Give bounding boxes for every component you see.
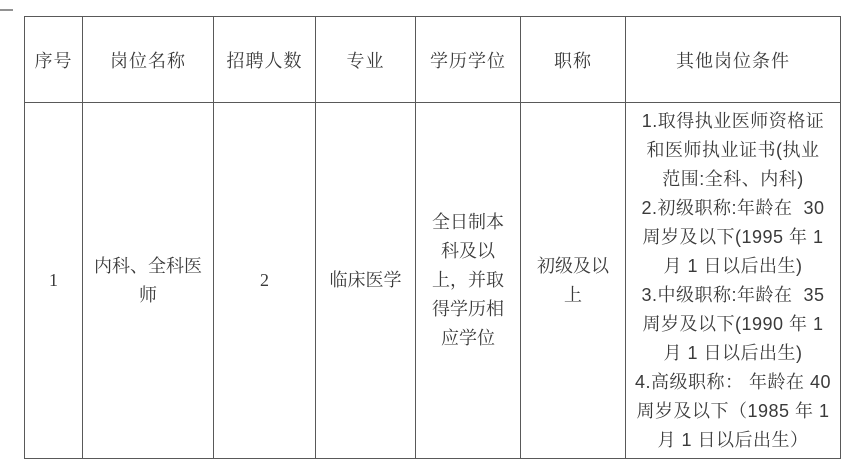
header-cell-education: 学历学位 <box>416 17 521 103</box>
page: 序号 岗位名称 招聘人数 专业 学历学位 职称 其他岗位条件 1 内科、全科医 … <box>0 0 866 472</box>
header-cell-index: 序号 <box>25 17 83 103</box>
cell-education: 全日制本 科及以 上，并取 得学历相 应学位 <box>416 103 521 459</box>
cell-headcount: 2 <box>214 103 316 459</box>
header-cell-title: 职称 <box>521 17 626 103</box>
cell-index: 1 <box>25 103 83 459</box>
header-cell-other-conditions: 其他岗位条件 <box>626 17 841 103</box>
header-cell-headcount: 招聘人数 <box>214 17 316 103</box>
crop-artifact-line <box>0 9 13 11</box>
header-cell-major: 专业 <box>316 17 416 103</box>
table-row: 1 内科、全科医 师 2 临床医学 全日制本 科及以 上，并取 得学历相 应学位… <box>25 103 841 459</box>
cell-title: 初级及以 上 <box>521 103 626 459</box>
cell-major: 临床医学 <box>316 103 416 459</box>
recruitment-table: 序号 岗位名称 招聘人数 专业 学历学位 职称 其他岗位条件 1 内科、全科医 … <box>24 16 841 459</box>
header-cell-position-name: 岗位名称 <box>83 17 214 103</box>
table-header-row: 序号 岗位名称 招聘人数 专业 学历学位 职称 其他岗位条件 <box>25 17 841 103</box>
cell-other-conditions: 1.取得执业医师资格证 和医师执业证书(执业 范围:全科、内科) 2.初级职称:… <box>626 103 841 459</box>
cell-position-name: 内科、全科医 师 <box>83 103 214 459</box>
